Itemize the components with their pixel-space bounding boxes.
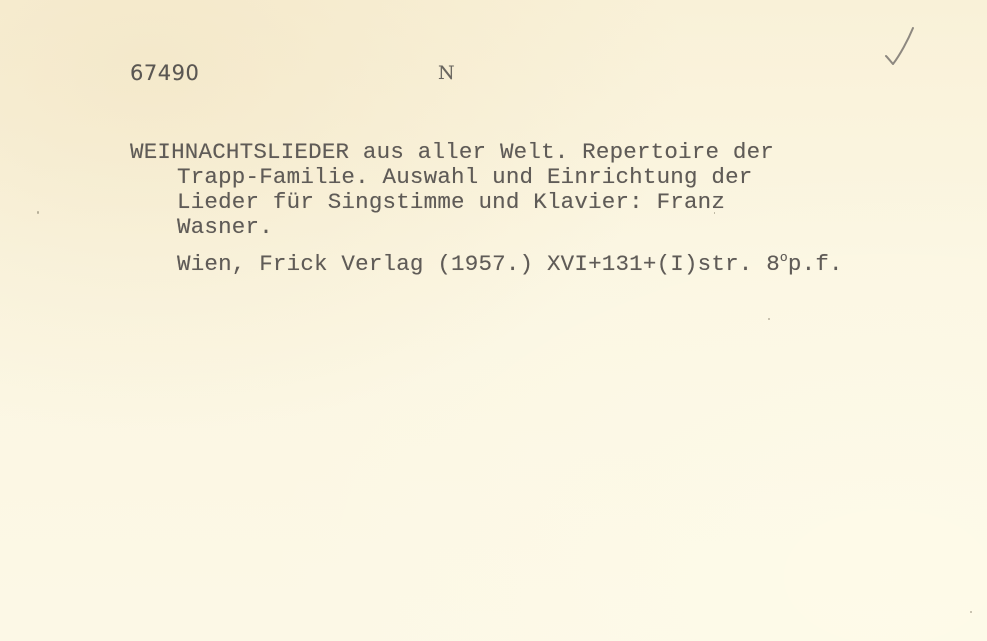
- format-degree: o: [780, 250, 788, 265]
- call-number: 67490: [130, 61, 199, 86]
- imprint-text: Wien, Frick Verlag (1957.) XVI+131+(I)st…: [177, 251, 780, 277]
- imprint-line: Wien, Frick Verlag (1957.) XVI+131+(I)st…: [177, 252, 843, 277]
- entry-title-line: Wasner.: [177, 215, 273, 240]
- class-mark: N: [438, 61, 455, 86]
- entry-title-line: Trapp-Familie. Auswahl und Einrichtung d…: [177, 165, 753, 190]
- catalog-card: 67490 N WEIHNACHTSLIEDER aus aller Welt.…: [0, 0, 987, 641]
- paper-speck: [37, 211, 39, 214]
- imprint-suffix: p.f.: [788, 251, 843, 277]
- check-mark-icon: [880, 22, 920, 70]
- entry-title-line: Lieder für Singstimme und Klavier: Franz: [177, 190, 725, 215]
- paper-speck: [714, 212, 715, 214]
- paper-speck: [970, 611, 972, 613]
- paper-speck: [768, 318, 770, 320]
- entry-title-line: WEIHNACHTSLIEDER aus aller Welt. Reperto…: [130, 140, 774, 165]
